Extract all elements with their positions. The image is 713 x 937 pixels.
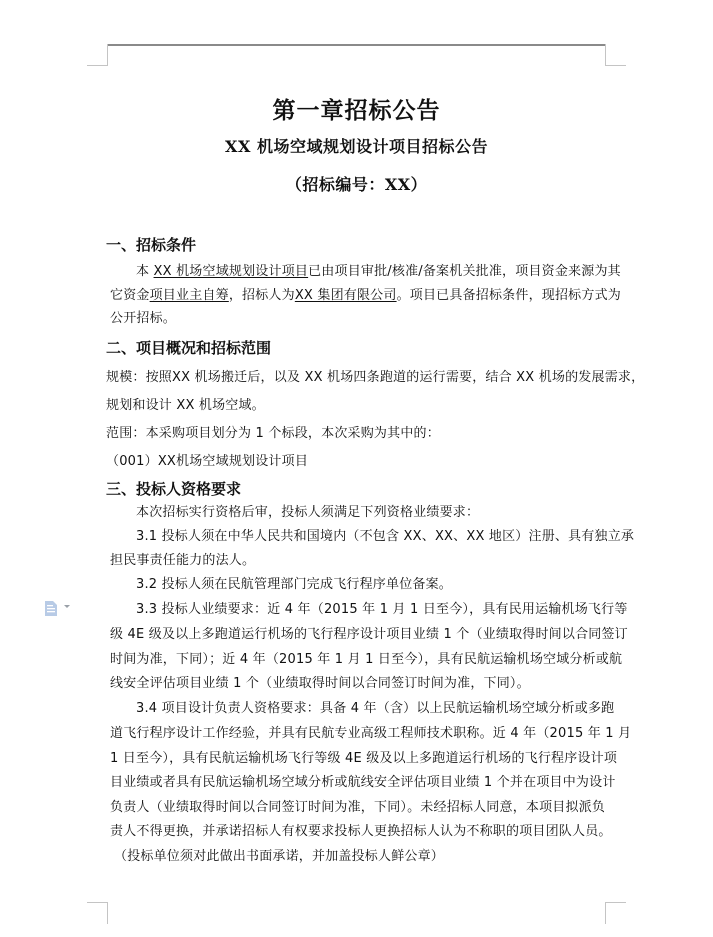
text-segment: ，招标人为 (229, 288, 295, 303)
paragraph-line: 范围：本采购项目划分为 1 个标段，本次采购为其中的： (106, 422, 440, 441)
document-icon[interactable] (45, 601, 57, 616)
paragraph-line: 道飞行程序设计工作经验，并具有民航专业高级工程师技术职称。近 4 年（2015 … (110, 722, 631, 741)
paragraph-line: 时间为准，下同）；近 4 年（2015 年 1 月 1 日至今），具有民航运输机… (110, 648, 622, 667)
section-heading-3: 三、投标人资格要求 (106, 478, 241, 499)
chevron-down-icon[interactable] (64, 605, 70, 608)
header-line (107, 44, 606, 46)
paragraph-line: 3.4 项目设计负责人资格要求：具备 4 年（含）以上民航运输机场空域分析或多跑 (136, 697, 614, 716)
paragraph-line: 本 XX 机场空域规划设计项目已由项目审批/核准/备案机关批准，项目资金来源为其 (136, 260, 621, 279)
paragraph-line: 线安全评估项目业绩 1 个（业绩取得时间以合同签订时间为准，下同）。 (110, 672, 530, 691)
paragraph-line: 担民事责任能力的法人。 (110, 549, 255, 568)
text-segment: 它资金 (110, 288, 150, 303)
crop-mark-bottom-right-h (605, 902, 626, 903)
paragraph-line: （001）XX机场空域规划设计项目 (106, 450, 308, 469)
document-subtitle: XX 机场空域规划设计项目招标公告 (0, 134, 713, 157)
chapter-title: 第一章招标公告 (0, 92, 713, 125)
tenderer-field: XX 集团有限公司 (295, 288, 397, 303)
paragraph-line: 3.3 投标人业绩要求：近 4 年（2015 年 1 月 1 日至今），具有民用… (136, 598, 628, 617)
crop-mark-bottom-left-h (87, 902, 108, 903)
paragraph-line: 规划和设计 XX 机场空域。 (106, 394, 265, 413)
section-heading-2: 二、项目概况和招标范围 (106, 337, 271, 358)
crop-mark-top-left-v (107, 44, 108, 66)
text-segment: 已由项目审批/核准/备案机关批准，项目资金来源为其 (308, 264, 621, 279)
text-segment: 。项目已具备招标条件，现招标方式为 (397, 288, 621, 303)
project-name-field: XX 机场空域规划设计项目 (154, 264, 309, 279)
crop-mark-top-left-h (87, 65, 108, 66)
paragraph-line: （投标单位须对此做出书面承诺，并加盖投标人鲜公章） (114, 845, 444, 864)
crop-mark-bottom-right-v (605, 902, 606, 924)
paragraph-line: 规模：按照XX 机场搬迁后，以及 XX 机场四条跑道的运行需要，结合 XX 机场… (106, 366, 644, 385)
paragraph-line: 它资金项目业主自筹，招标人为XX 集团有限公司。项目已具备招标条件，现招标方式为 (110, 284, 621, 303)
funding-source-field: 项目业主自筹 (150, 288, 229, 303)
crop-mark-top-right-v (605, 44, 606, 66)
paragraph-line: 公开招标。 (110, 307, 176, 326)
paragraph-line: 3.2 投标人须在民航管理部门完成飞行程序单位备案。 (136, 573, 452, 592)
text-segment: 本 (136, 264, 154, 279)
paragraph-line: 本次招标实行资格后审，投标人须满足下列资格业绩要求： (136, 501, 479, 520)
paragraph-line: 3.1 投标人须在中华人民共和国境内（不包含 XX、XX、XX 地区）注册、具有… (136, 525, 634, 544)
paragraph-line: 责人不得更换，并承诺招标人有权要求投标人更换招标人认为不称职的项目团队人员。 (110, 820, 612, 839)
paragraph-line: 级 4E 级及以上多跑道运行机场的飞行程序设计项目业绩 1 个（业绩取得时间以合… (110, 623, 628, 642)
text-segment: 公开招标。 (110, 311, 176, 326)
section-heading-1: 一、招标条件 (106, 234, 196, 255)
paragraph-line: 目业绩或者具有民航运输机场空域分析或航线安全评估项目业绩 1 个并在项目中为设计 (110, 771, 616, 790)
paragraph-line: 负责人（业绩取得时间以合同签订时间为准，下同）。未经招标人同意，本项目拟派负 (110, 796, 605, 815)
crop-mark-top-right-h (605, 65, 626, 66)
crop-mark-bottom-left-v (107, 902, 108, 924)
paragraph-line: 1 日至今），具有民航运输机场飞行等级 4E 级及以上多跑道运行机场的飞行程序设… (110, 747, 617, 766)
bid-number: （招标编号：XX） (0, 172, 713, 195)
